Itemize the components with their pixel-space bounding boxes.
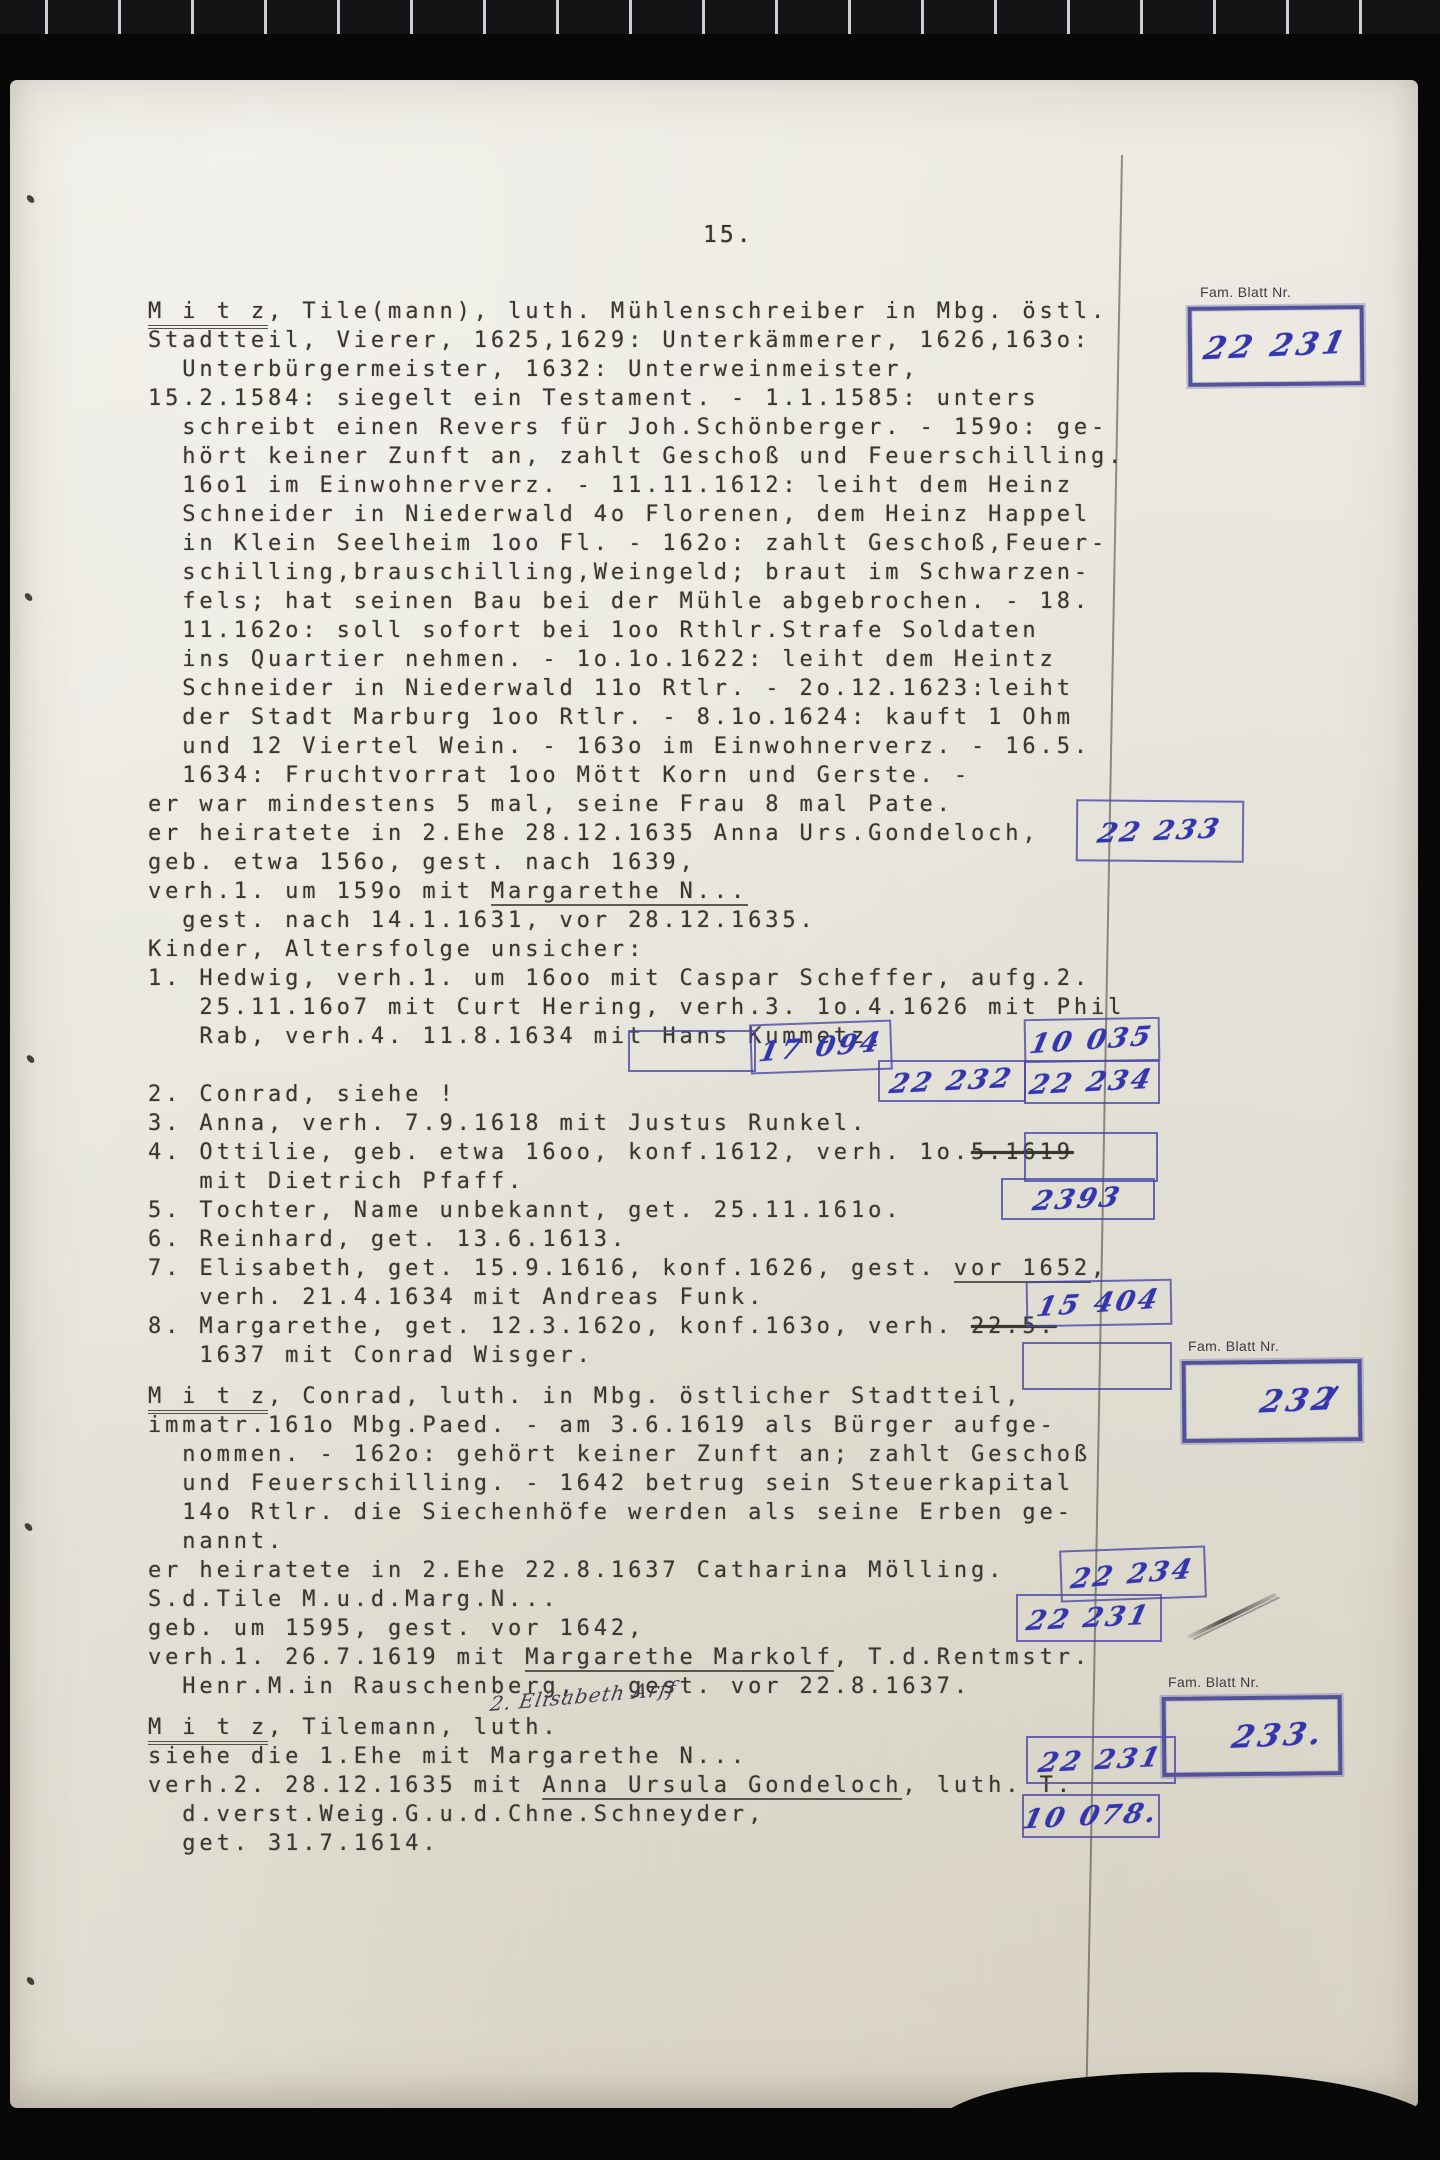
typed-line: er heiratete in 2.Ehe 22.8.1637 Catharin… [148, 1559, 1005, 1583]
typed-line: der Stadt Marburg 1oo Rtlr. - 8.1o.1624:… [148, 706, 1074, 730]
fam-blatt-number: 233. [1229, 1716, 1329, 1756]
pen-reference-box: 22 233 [1076, 799, 1245, 862]
fam-blatt-stamp-box: 22 231 [1188, 305, 1365, 387]
typed-line: geb. etwa 156o, gest. nach 1639, [148, 851, 697, 875]
pen-reference-number: 22 231 [1024, 1599, 1154, 1636]
pen-reference-box: 2393 [1001, 1178, 1155, 1220]
typed-line: Stadtteil, Vierer, 1625,1629: Unterkämme… [148, 329, 1091, 353]
typed-line: nannt. [148, 1530, 285, 1554]
typed-line: M i t z, Conrad, luth. in Mbg. östlicher… [148, 1385, 1022, 1409]
typed-line: M i t z, Tile(mann), luth. Mühlenschreib… [148, 300, 1108, 324]
typed-line: siehe die 1.Ehe mit Margarethe N... [148, 1745, 748, 1769]
typed-line: und Feuerschilling. - 1642 betrug sein S… [148, 1472, 1074, 1496]
pen-reference-number: 22 231 [1036, 1741, 1166, 1778]
pen-reference-number: 2393 [1030, 1181, 1126, 1217]
typed-line: Unterbürgermeister, 1632: Unterweinmeist… [148, 358, 920, 382]
typed-line: verh. 21.4.1634 mit Andreas Funk. [148, 1286, 765, 1310]
film-strip [0, 0, 1440, 34]
typed-line: Schneider in Niederwald 4o Florenen, dem… [148, 503, 1091, 527]
typed-line: in Klein Seelheim 1oo Fl. - 162o: zahlt … [148, 532, 1108, 556]
typed-line: 8. Margarethe, get. 12.3.162o, konf.163o… [148, 1315, 1057, 1339]
typed-line: 2. Conrad, siehe ! [148, 1083, 457, 1107]
typed-line: 14o Rtlr. die Siechenhöfe werden als sei… [148, 1501, 1074, 1525]
pen-reference-box: 17 094 [749, 1020, 893, 1075]
typed-line: verh.1. um 159o mit Margarethe N... [148, 880, 748, 904]
typed-line: verh.1. 26.7.1619 mit Margarethe Markolf… [148, 1646, 1091, 1670]
typed-line: geb. um 1595, gest. vor 1642, [148, 1617, 645, 1641]
pen-reference-box: 10 035 [1024, 1017, 1161, 1063]
pen-reference-box [1024, 1132, 1158, 1182]
pen-reference-box: 22 231 [1026, 1736, 1176, 1784]
pen-reference-number: 22 234 [1069, 1553, 1198, 1595]
fam-blatt-label: Fam. Blatt Nr. [1188, 1338, 1279, 1354]
typed-line: mit Dietrich Pfaff. [148, 1170, 525, 1194]
pen-reference-number: 17 094 [757, 1026, 886, 1068]
typed-line: 4. Ottilie, geb. etwa 16oo, konf.1612, v… [148, 1141, 1074, 1165]
typed-line: nommen. - 162o: gehört keiner Zunft an; … [148, 1443, 1091, 1467]
pen-reference-box: 22 231 [1016, 1594, 1162, 1642]
pen-reference-number: 10 078. [1020, 1797, 1163, 1835]
typed-line: 3. Anna, verh. 7.9.1618 mit Justus Runke… [148, 1112, 868, 1136]
pen-reference-number: 15 404 [1034, 1283, 1164, 1323]
fam-blatt-stamp-box: 232 [1182, 1359, 1363, 1443]
typed-line: 11.162o: soll sofort bei 1oo Rthlr.Straf… [148, 619, 1040, 643]
pen-reference-box: 22 232 [878, 1060, 1026, 1102]
typed-line: 7. Elisabeth, get. 15.9.1616, konf.1626,… [148, 1257, 1108, 1281]
typed-line: fels; hat seinen Bau bei der Mühle abgeb… [148, 590, 1091, 614]
fam-blatt-label: Fam. Blatt Nr. [1168, 1674, 1259, 1690]
pen-reference-box [628, 1030, 756, 1072]
typed-line: 1634: Fruchtvorrat 1oo Mött Korn und Ger… [148, 764, 971, 788]
fam-blatt-stamp-box: 233. [1162, 1695, 1343, 1777]
fam-blatt-label: Fam. Blatt Nr. [1200, 284, 1291, 300]
typed-line: Kinder, Altersfolge unsicher: [148, 938, 645, 962]
typed-line: er heiratete in 2.Ehe 28.12.1635 Anna Ur… [148, 822, 1040, 846]
typed-line: ins Quartier nehmen. - 1o.1o.1622: leiht… [148, 648, 1057, 672]
typed-line: 15.2.1584: siegelt ein Testament. - 1.1.… [148, 387, 1040, 411]
pen-reference-number: 10 035 [1027, 1020, 1157, 1060]
typed-line: gest. nach 14.1.1631, vor 28.12.1635. [148, 909, 817, 933]
page-number: 15. [703, 222, 754, 248]
pen-reference-number: 22 234 [1027, 1063, 1157, 1100]
typed-line: 1637 mit Conrad Wisger. [148, 1344, 594, 1368]
typed-line: Schneider in Niederwald 11o Rtlr. - 2o.1… [148, 677, 1074, 701]
typed-line: 1. Hedwig, verh.1. um 16oo mit Caspar Sc… [148, 967, 1091, 991]
pen-reference-box: 10 078. [1022, 1794, 1160, 1838]
typed-line: 5. Tochter, Name unbekannt, get. 25.11.1… [148, 1199, 902, 1223]
typed-line: schreibt einen Revers für Joh.Schönberge… [148, 416, 1108, 440]
pen-reference-number: 22 232 [887, 1062, 1017, 1099]
pen-reference-number: 22 233 [1095, 813, 1226, 849]
typed-line: und 12 Viertel Wein. - 163o im Einwohner… [148, 735, 1091, 759]
typed-line: 16o1 im Einwohnerverz. - 11.11.1612: lei… [148, 474, 1074, 498]
pen-reference-box: 22 234 [1024, 1060, 1160, 1104]
typed-line: schilling,brauschilling,Weingeld; braut … [148, 561, 1091, 585]
typed-line: verh.2. 28.12.1635 mit Anna Ursula Gonde… [148, 1774, 1074, 1798]
typed-line: get. 31.7.1614. [148, 1832, 439, 1856]
typed-line: immatr.161o Mbg.Paed. - am 3.6.1619 als … [148, 1414, 1057, 1438]
typed-line: M i t z, Tilemann, luth. [148, 1716, 560, 1740]
typed-line: S.d.Tile M.u.d.Marg.N... [148, 1588, 559, 1612]
microfilm-scan: { "page": { "number": "15." }, "margin_c… [0, 0, 1440, 2160]
pen-reference-box: 15 404 [1026, 1279, 1173, 1328]
typed-line: 6. Reinhard, get. 13.6.1613. [148, 1228, 628, 1252]
typed-line: hört keiner Zunft an, zahlt Geschoß und … [148, 445, 1125, 469]
pen-reference-box [1022, 1342, 1172, 1390]
fam-blatt-number: 22 231 [1200, 325, 1352, 368]
typed-line: d.verst.Weig.G.u.d.Chne.Schneyder, [148, 1803, 765, 1827]
typed-line: er war mindestens 5 mal, seine Frau 8 ma… [148, 793, 954, 817]
typed-line: 25.11.16o7 mit Curt Hering, verh.3. 1o.4… [148, 996, 1125, 1020]
